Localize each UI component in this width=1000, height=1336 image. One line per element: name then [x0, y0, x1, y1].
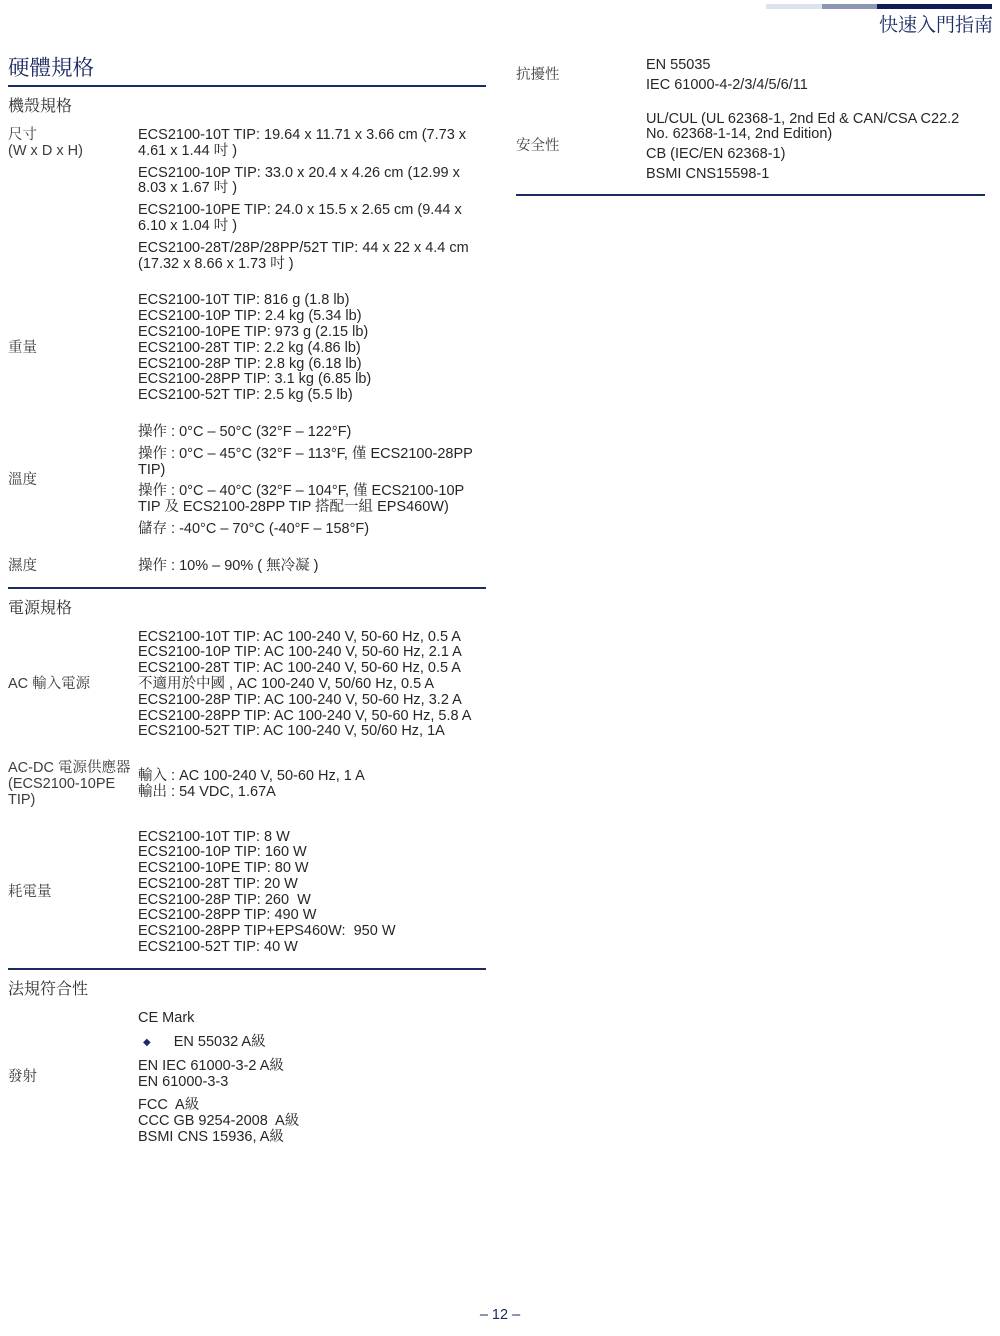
spec-label-dimensions: 尺寸 (W x D x H) [8, 128, 138, 272]
spec-row-immunity: 抗擾性 EN 55035IEC 61000-4-2/3/4/5/6/11 [516, 58, 985, 94]
spec-value-ac-input: ECS2100-10T TIP: AC 100-240 V, 50-60 Hz,… [138, 630, 486, 741]
spec-line: 輸入 : AC 100-240 V, 50-60 Hz, 1 A [138, 769, 486, 785]
section-heading-mechanical: 機殼規格 [8, 97, 486, 116]
spec-line: EN 61000-3-3 [138, 1075, 486, 1091]
spec-row-power-consumption: 耗電量 ECS2100-10T TIP: 8 WECS2100-10P TIP:… [8, 830, 486, 956]
spec-line: ECS2100-28PP TIP: AC 100-240 V, 50-60 Hz… [138, 709, 486, 725]
spec-line: BSMI CNS 15936, A級 [138, 1130, 486, 1146]
emissions-bullet-text: EN 55032 A級 [174, 1035, 266, 1051]
spec-row-ac-input: AC 輸入電源 ECS2100-10T TIP: AC 100-240 V, 5… [8, 630, 486, 741]
spec-line: UL/CUL (UL 62368-1, 2nd Ed & CAN/CSA C22… [646, 112, 985, 144]
spec-line: ECS2100-28P TIP: AC 100-240 V, 50-60 Hz,… [138, 693, 486, 709]
spec-row-ac-dc-adapter: AC-DC 電源供應器 (ECS2100-10PE TIP) 輸入 : AC 1… [8, 761, 486, 808]
spec-line: ECS2100-10T TIP: AC 100-240 V, 50-60 Hz,… [138, 630, 486, 646]
spec-line: ECS2100-28PP TIP: 490 W [138, 908, 486, 924]
section-divider [8, 587, 486, 589]
spec-line: ECS2100-28PP TIP+EPS460W: 950 W [138, 924, 486, 940]
section-divider [8, 968, 486, 970]
spec-label-immunity: 抗擾性 [516, 68, 646, 84]
spec-value-weight: ECS2100-10T TIP: 816 g (1.8 lb)ECS2100-1… [138, 293, 486, 404]
spec-line: FCC A級 [138, 1098, 486, 1114]
spec-line: ECS2100-28T TIP: 2.2 kg (4.86 lb) [138, 341, 486, 357]
emissions-group-en: EN IEC 61000-3-2 A級EN 61000-3-3 [138, 1059, 486, 1091]
section-heading-regulatory: 法規符合性 [8, 980, 486, 999]
spec-line: 操作 : 10% – 90% ( 無冷凝 ) [138, 559, 486, 575]
spec-line: ECS2100-10P TIP: 33.0 x 20.4 x 4.26 cm (… [138, 166, 486, 198]
spec-label-weight: 重量 [8, 341, 138, 357]
spec-line: ECS2100-10PE TIP: 24.0 x 15.5 x 2.65 cm … [138, 203, 486, 235]
spec-line: ECS2100-10T TIP: 816 g (1.8 lb) [138, 293, 486, 309]
spec-line: 不適用於中國 , AC 100-240 V, 50/60 Hz, 0.5 A [138, 677, 486, 693]
spec-row-weight: 重量 ECS2100-10T TIP: 816 g (1.8 lb)ECS210… [8, 293, 486, 404]
spec-label-line: (W x D x H) [8, 144, 138, 160]
spec-line: ECS2100-52T TIP: AC 100-240 V, 50/60 Hz,… [138, 724, 486, 740]
spec-label-line: 尺寸 [8, 128, 138, 144]
spec-line: 儲存 : -40°C – 70°C (-40°F – 158°F) [138, 522, 486, 538]
accent-bar-mid-segment [822, 4, 877, 9]
spec-value-emissions: CE Mark ◆ EN 55032 A級 EN IEC 61000-3-2 A… [138, 1011, 486, 1146]
spec-value-temperature: 操作 : 0°C – 50°C (32°F – 122°F)操作 : 0°C –… [138, 425, 486, 538]
spec-line: BSMI CNS15598-1 [646, 167, 985, 183]
spec-label-ac-input: AC 輸入電源 [8, 677, 138, 693]
spec-value-immunity: EN 55035IEC 61000-4-2/3/4/5/6/11 [646, 58, 985, 94]
spec-line: ECS2100-10P TIP: AC 100-240 V, 50-60 Hz,… [138, 645, 486, 661]
emissions-group-ce: CE Mark [138, 1011, 486, 1027]
section-heading-power: 電源規格 [8, 599, 486, 618]
spec-line: ECS2100-10PE TIP: 973 g (2.15 lb) [138, 325, 486, 341]
diamond-bullet-icon: ◆ [143, 1035, 151, 1051]
spec-value-ac-dc-adapter: 輸入 : AC 100-240 V, 50-60 Hz, 1 A輸出 : 54 … [138, 769, 486, 801]
spec-line: CCC GB 9254-2008 A級 [138, 1114, 486, 1130]
spec-value-power-consumption: ECS2100-10T TIP: 8 WECS2100-10P TIP: 160… [138, 830, 486, 956]
spec-line: ECS2100-10T TIP: 8 W [138, 830, 486, 846]
spec-line: ECS2100-10P TIP: 2.4 kg (5.34 lb) [138, 309, 486, 325]
header-accent-bar [766, 4, 992, 9]
spec-value-humidity: 操作 : 10% – 90% ( 無冷凝 ) [138, 559, 486, 575]
spec-line: CE Mark [138, 1011, 486, 1027]
spec-line: 操作 : 0°C – 40°C (32°F – 104°F, 僅 ECS2100… [138, 484, 486, 516]
spec-row-safety: 安全性 UL/CUL (UL 62368-1, 2nd Ed & CAN/CSA… [516, 112, 985, 183]
spec-line: EN 55035 [646, 58, 985, 74]
page-number: – 12 – [0, 1308, 1000, 1324]
right-column: 抗擾性 EN 55035IEC 61000-4-2/3/4/5/6/11 安全性… [516, 58, 985, 196]
spec-line: ECS2100-28PP TIP: 3.1 kg (6.85 lb) [138, 372, 486, 388]
document-page: 快速入門指南 硬體規格 機殼規格 尺寸 (W x D x H) ECS2100-… [0, 0, 1000, 1336]
spec-label-line: (ECS2100-10PE TIP) [8, 777, 138, 809]
spec-line: ECS2100-52T TIP: 2.5 kg (5.5 lb) [138, 388, 486, 404]
spec-label-safety: 安全性 [516, 139, 646, 155]
spec-label-line: AC-DC 電源供應器 [8, 761, 138, 777]
spec-line: ECS2100-28T TIP: 20 W [138, 877, 486, 893]
spec-line: ECS2100-28P TIP: 260 W [138, 893, 486, 909]
page-title: 硬體規格 [8, 56, 486, 81]
title-rule [8, 85, 486, 87]
section-divider [516, 194, 985, 196]
spec-label-humidity: 濕度 [8, 559, 138, 575]
spec-line: ECS2100-10T TIP: 19.64 x 11.71 x 3.66 cm… [138, 128, 486, 160]
spec-line: 操作 : 0°C – 50°C (32°F – 122°F) [138, 425, 486, 441]
spec-label-ac-dc-adapter: AC-DC 電源供應器 (ECS2100-10PE TIP) [8, 761, 138, 808]
spec-value-safety: UL/CUL (UL 62368-1, 2nd Ed & CAN/CSA C22… [646, 112, 985, 183]
spec-label-emissions: 發射 [8, 1070, 138, 1086]
emissions-group-other: FCC A級CCC GB 9254-2008 A級BSMI CNS 15936,… [138, 1098, 486, 1145]
spec-row-temperature: 溫度 操作 : 0°C – 50°C (32°F – 122°F)操作 : 0°… [8, 425, 486, 538]
spec-line: ECS2100-10P TIP: 160 W [138, 845, 486, 861]
document-title: 快速入門指南 [879, 15, 993, 37]
left-column: 硬體規格 機殼規格 尺寸 (W x D x H) ECS2100-10T TIP… [8, 56, 486, 1145]
spec-line: 操作 : 0°C – 45°C (32°F – 113°F, 僅 ECS2100… [138, 447, 486, 479]
spec-row-emissions: 發射 CE Mark ◆ EN 55032 A級 EN IEC 61000-3-… [8, 1011, 486, 1146]
spec-line: ECS2100-28P TIP: 2.8 kg (6.18 lb) [138, 357, 486, 373]
emissions-bullet-item: ◆ EN 55032 A級 [138, 1035, 486, 1051]
spec-value-dimensions: ECS2100-10T TIP: 19.64 x 11.71 x 3.66 cm… [138, 128, 486, 272]
spec-label-power-consumption: 耗電量 [8, 885, 138, 901]
spec-line: 輸出 : 54 VDC, 1.67A [138, 785, 486, 801]
spec-line: EN IEC 61000-3-2 A級 [138, 1059, 486, 1075]
spec-line: CB (IEC/EN 62368-1) [646, 147, 985, 163]
accent-bar-light-segment [766, 4, 822, 9]
spec-row-humidity: 濕度 操作 : 10% – 90% ( 無冷凝 ) [8, 559, 486, 575]
spec-line: ECS2100-28T/28P/28PP/52T TIP: 44 x 22 x … [138, 241, 486, 273]
spec-line: IEC 61000-4-2/3/4/5/6/11 [646, 78, 985, 94]
spec-label-temperature: 溫度 [8, 473, 138, 489]
spec-line: ECS2100-10PE TIP: 80 W [138, 861, 486, 877]
spec-line: ECS2100-28T TIP: AC 100-240 V, 50-60 Hz,… [138, 661, 486, 677]
accent-bar-dark-segment [877, 4, 992, 9]
spec-row-dimensions: 尺寸 (W x D x H) ECS2100-10T TIP: 19.64 x … [8, 128, 486, 272]
spec-line: ECS2100-52T TIP: 40 W [138, 940, 486, 956]
